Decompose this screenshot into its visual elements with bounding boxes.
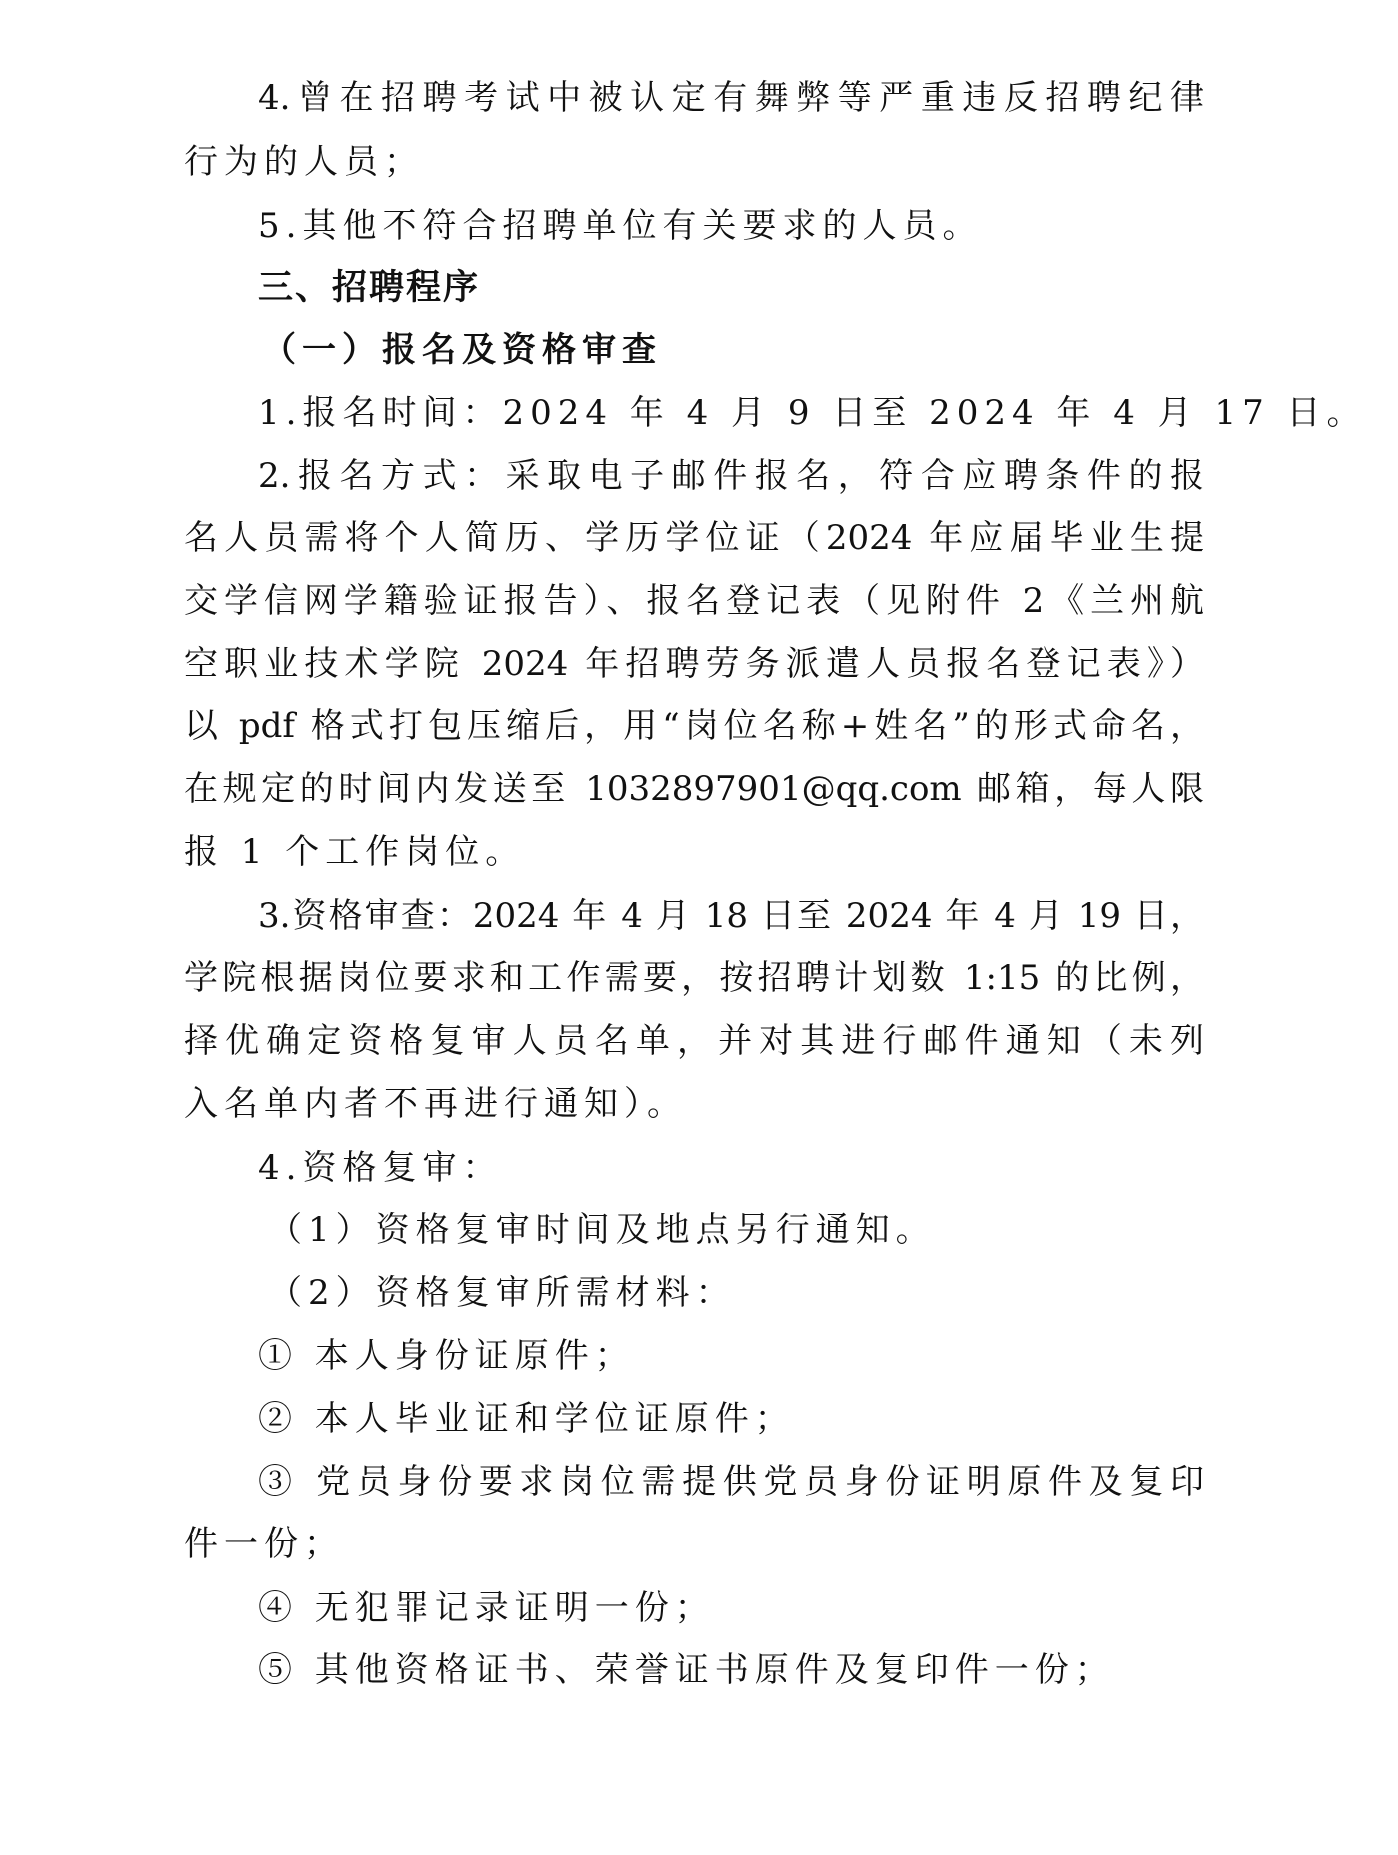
- paragraph-line: 行为的人员；: [184, 142, 1204, 182]
- paragraph-line: 空职业技术学院 2024 年招聘劳务派遣人员报名登记表》）: [184, 644, 1204, 684]
- list-item: ② 本人毕业证和学位证原件；: [258, 1399, 1204, 1439]
- paragraph-line: 交学信网学籍验证报告）、报名登记表（见附件 2《兰州航: [184, 581, 1204, 621]
- paragraph-line: 件一份；: [184, 1524, 1204, 1564]
- paragraph-line: 4.资格复审：: [258, 1148, 1204, 1188]
- paragraph-line: 学院根据岗位要求和工作需要，按招聘计划数 1:15 的比例，: [184, 958, 1204, 998]
- paragraph-line: 以 pdf 格式打包压缩后，用“岗位名称+姓名”的形式命名，: [184, 706, 1204, 746]
- list-item: （2）资格复审所需材料：: [268, 1273, 1288, 1313]
- paragraph-line: 择优确定资格复审人员名单，并对其进行邮件通知（未列: [184, 1021, 1204, 1061]
- paragraph-line: 1.报名时间：2024 年 4 月 9 日至 2024 年 4 月 17 日。: [258, 393, 1204, 433]
- paragraph-line: 在规定的时间内发送至 1032897901@qq.com 邮箱，每人限: [184, 769, 1204, 809]
- paragraph-line: 5.其他不符合招聘单位有关要求的人员。: [258, 206, 1204, 246]
- list-item: ① 本人身份证原件；: [258, 1336, 1204, 1376]
- paragraph-line: 入名单内者不再进行通知）。: [184, 1084, 1204, 1124]
- paragraph-line: 2.报名方式：采取电子邮件报名，符合应聘条件的报: [258, 456, 1204, 496]
- subsection-heading: （一）报名及资格审查: [262, 330, 1282, 370]
- paragraph-line: 名人员需将个人简历、学历学位证（2024 年应届毕业生提: [184, 518, 1204, 558]
- document-page: 4.曾在招聘考试中被认定有舞弊等严重违反招聘纪律 行为的人员； 5.其他不符合招…: [0, 0, 1398, 1855]
- list-item: （1）资格复审时间及地点另行通知。: [268, 1210, 1288, 1250]
- paragraph-line: 4.曾在招聘考试中被认定有舞弊等严重违反招聘纪律: [258, 78, 1204, 118]
- list-item: ③ 党员身份要求岗位需提供党员身份证明原件及复印: [258, 1462, 1204, 1502]
- list-item: ④ 无犯罪记录证明一份；: [258, 1588, 1204, 1628]
- paragraph-line: 报 1 个工作岗位。: [184, 832, 1204, 872]
- section-heading: 三、招聘程序: [258, 268, 1204, 308]
- list-item: ⑤ 其他资格证书、荣誉证书原件及复印件一份；: [258, 1650, 1204, 1690]
- paragraph-line: 3.资格审查：2024 年 4 月 18 日至 2024 年 4 月 19 日，: [258, 896, 1204, 936]
